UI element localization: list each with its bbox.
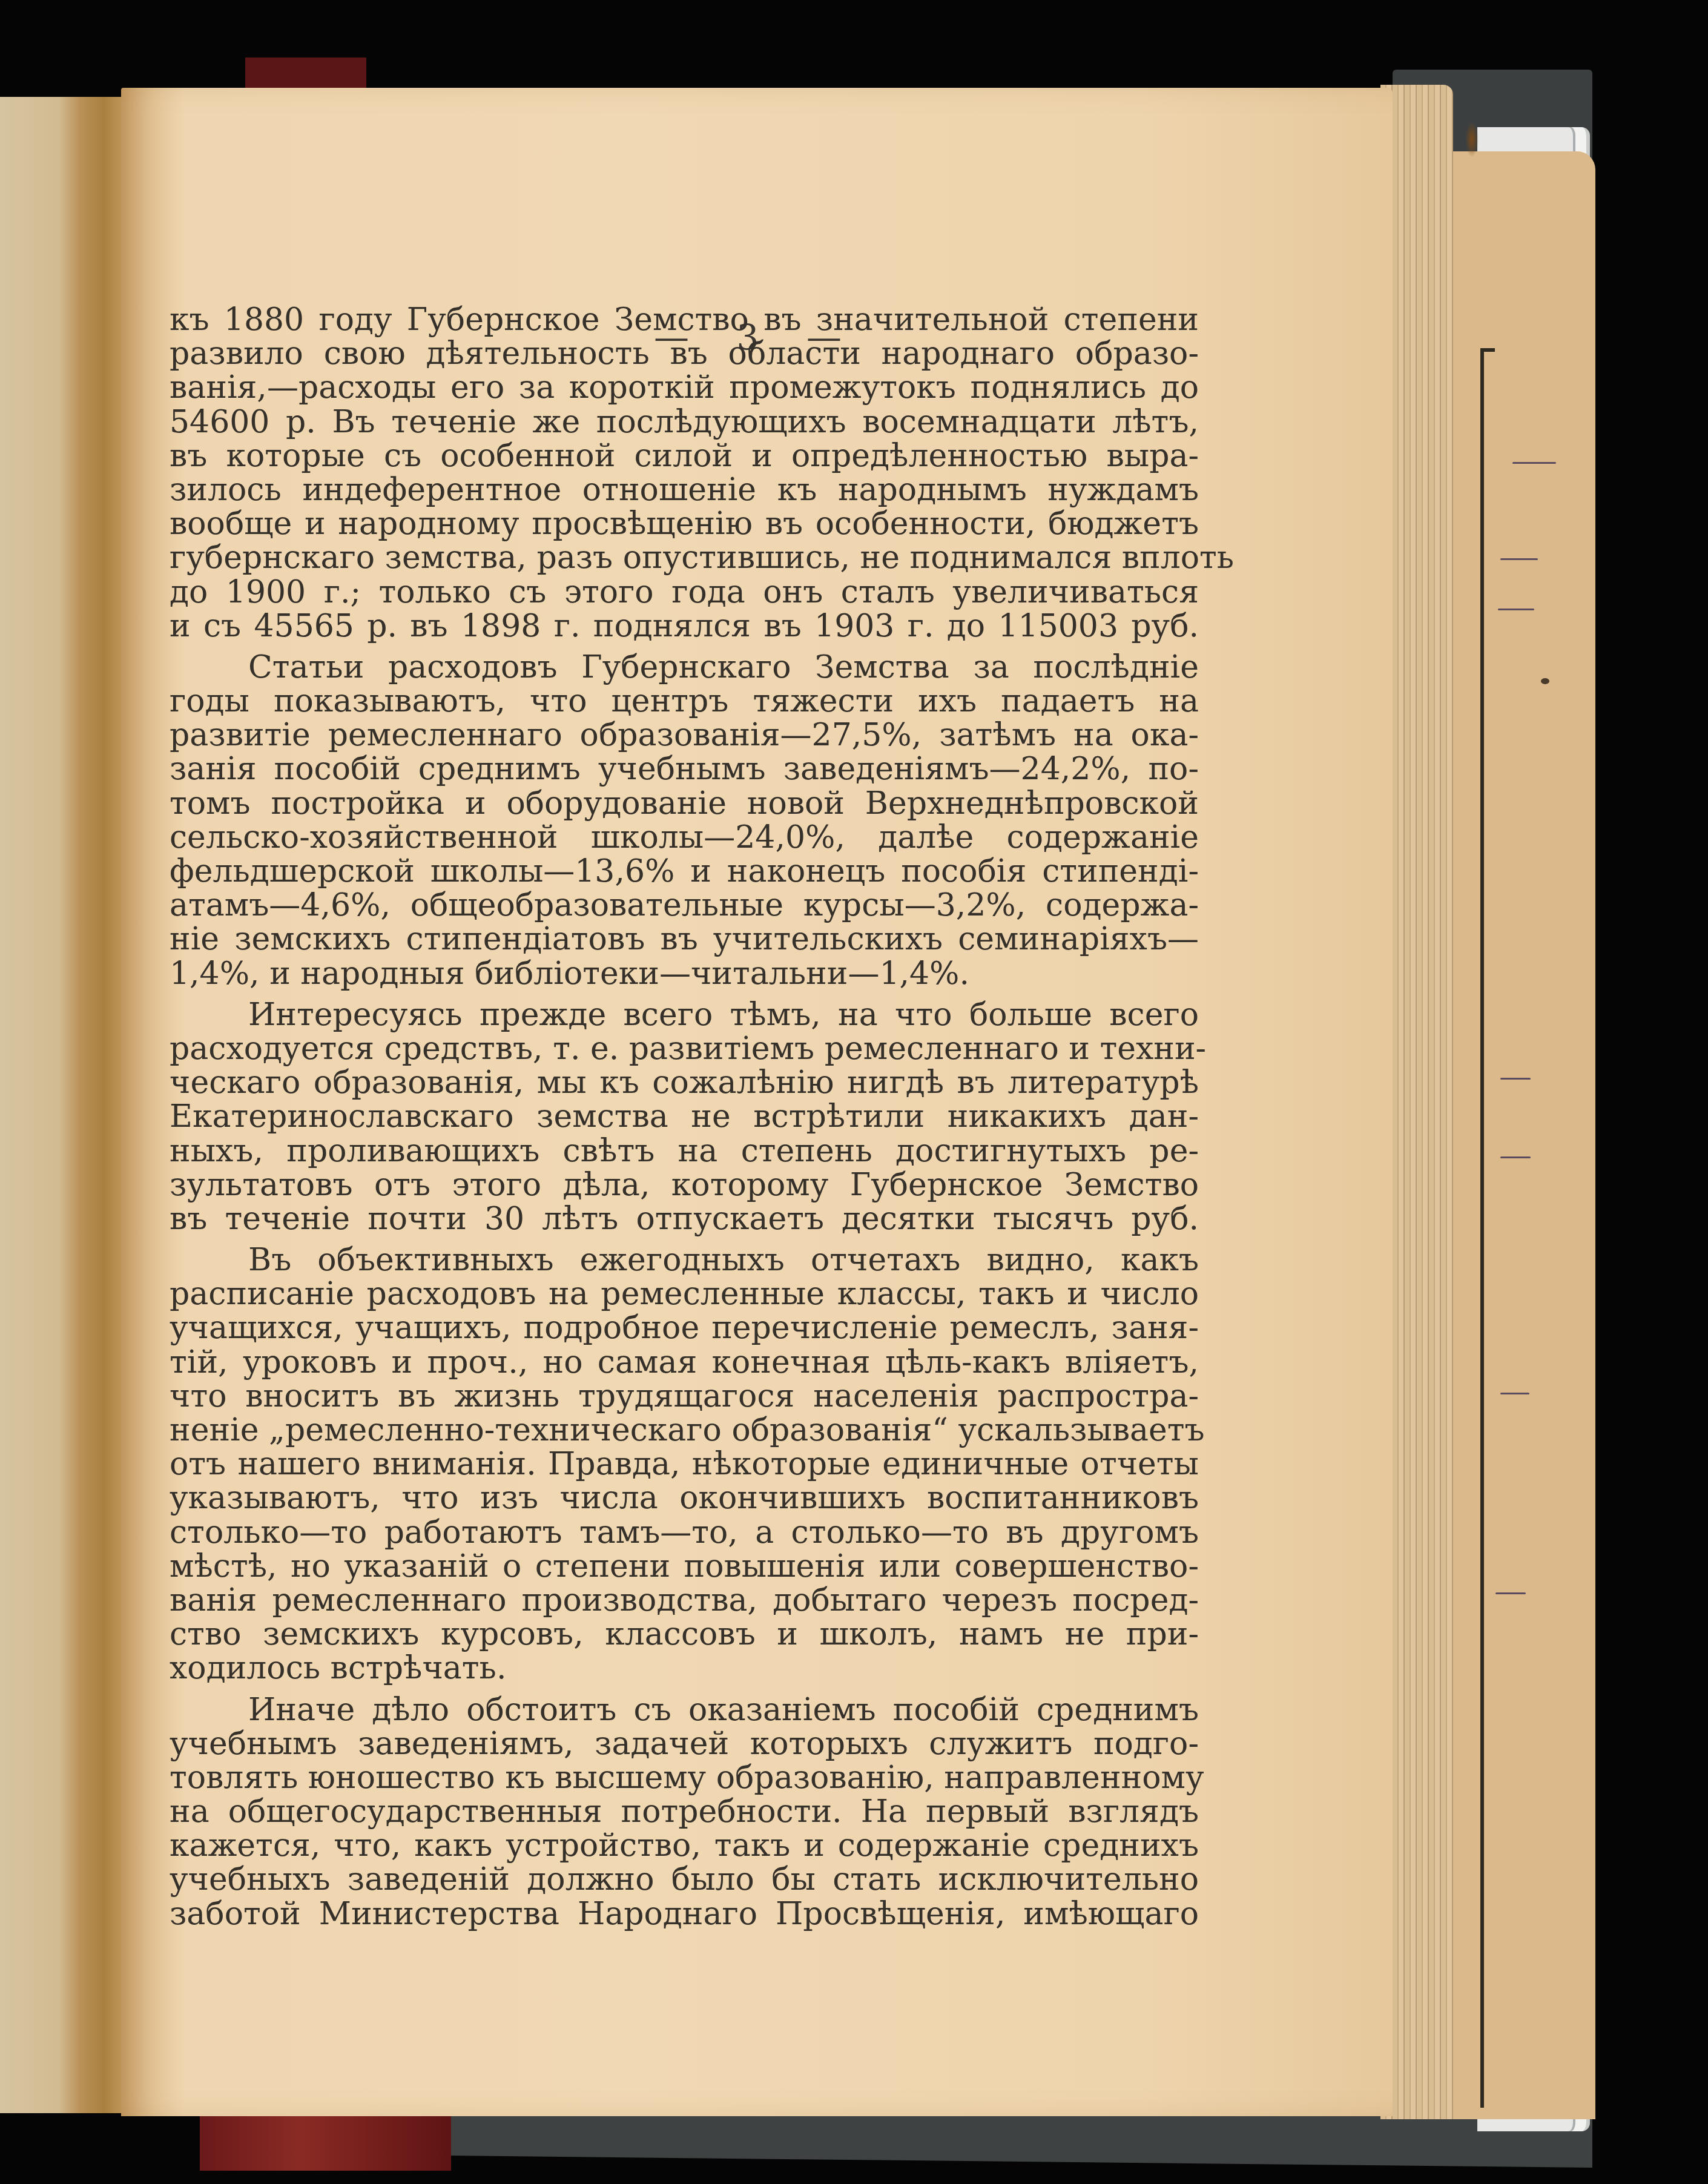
pencil-mark [1512, 462, 1556, 464]
text-line: въ теченіе почти 30 лѣтъ отпускаетъ деся… [170, 1202, 1199, 1236]
text-line: Иначе дѣло обстоитъ съ оказаніемъ пособі… [170, 1693, 1199, 1727]
text-line: учебныхъ заведеній должно было бы стать … [170, 1862, 1199, 1896]
text-line: ніе земскихъ стипендіатовъ въ учительски… [170, 922, 1199, 956]
text-line: указываютъ, что изъ числа окончившихъ во… [170, 1481, 1199, 1515]
pencil-mark [1500, 1156, 1531, 1158]
text-line: 54600 р. Въ теченіе же послѣдующихъ восе… [170, 405, 1199, 439]
text-line: ческаго образованія, мы къ сожалѣнію ниг… [170, 1066, 1199, 1100]
text-line: отъ нашего вниманія. Правда, нѣкоторые е… [170, 1447, 1199, 1481]
text-line: атамъ—4,6%, общеобразовательные курсы—3,… [170, 888, 1199, 922]
text-line: кажется, что, какъ устройство, такъ и со… [170, 1829, 1199, 1862]
text-line: учащихся, учащихъ, подробное перечислені… [170, 1311, 1199, 1345]
text-line: фельдшерской школы—13,6% и наконецъ посо… [170, 854, 1199, 888]
text-line: заботой Министерства Народнаго Просвѣщен… [170, 1897, 1199, 1931]
text-line: сельско-хозяйственной школы—24,0%, далѣе… [170, 820, 1199, 854]
text-line: Въ объективныхъ ежегодныхъ отчетахъ видн… [170, 1243, 1199, 1277]
text-line: ванія ремесленнаго производства, добытаг… [170, 1583, 1199, 1617]
text-line: Статьи расходовъ Губернскаго Земства за … [170, 650, 1199, 684]
paragraph: къ 1880 году Губернское Земство въ значи… [170, 303, 1199, 643]
text-line: зилось индеферентное отношеніе къ народн… [170, 473, 1199, 507]
spine-cloth-bottom [200, 2107, 451, 2171]
text-line: вообще и народному просвѣщенію въ особен… [170, 507, 1199, 541]
paragraph: Иначе дѣло обстоитъ съ оказаніемъ пособі… [170, 1693, 1199, 1931]
text-line: ходилось встрѣчать. [170, 1651, 1199, 1685]
text-line: столько—то работаютъ тамъ—то, а столько—… [170, 1516, 1199, 1549]
text-line: что вноситъ въ жизнь трудящагося населен… [170, 1379, 1199, 1413]
text-line: губернскаго земства, разъ опустившись, н… [170, 541, 1199, 575]
inserted-paper-slip [1450, 151, 1595, 2119]
text-line: до 1900 г.; только съ этого года онъ ста… [170, 575, 1199, 609]
text-line: и съ 45565 р. въ 1898 г. поднялся въ 190… [170, 609, 1199, 643]
text-line: мѣстѣ, но указаній о степени повышенія и… [170, 1549, 1199, 1583]
paragraph: Статьи расходовъ Губернскаго Земства за … [170, 650, 1199, 991]
text-line: томъ постройка и оборудованіе новой Верх… [170, 787, 1199, 820]
text-line: Интересуясь прежде всего тѣмъ, на что бо… [170, 998, 1199, 1032]
ink-spot [1541, 678, 1549, 684]
page-body-text: къ 1880 году Губернское Земство въ значи… [170, 303, 1199, 1931]
text-line: тій, уроковъ и проч., но самая конечная … [170, 1345, 1199, 1379]
pencil-mark [1495, 1592, 1526, 1594]
pencil-mark [1498, 609, 1534, 610]
pencil-mark [1500, 558, 1538, 560]
text-line: зультатовъ отъ этого дѣла, которому Губе… [170, 1168, 1199, 1202]
text-line: къ 1880 году Губернское Земство въ значи… [170, 303, 1199, 337]
text-line: расписаніе расходовъ на ремесленные клас… [170, 1277, 1199, 1311]
facing-left-page [0, 97, 130, 2113]
paragraph: Интересуясь прежде всего тѣмъ, на что бо… [170, 998, 1199, 1236]
text-line: ванія,—расходы его за короткій промежуто… [170, 371, 1199, 404]
text-line: на общегосударственныя потребности. На п… [170, 1795, 1199, 1829]
text-line: 1,4%, и народныя библіотеки—читальни—1,4… [170, 957, 1199, 991]
text-line: Екатеринославскаго земства не встрѣтили … [170, 1100, 1199, 1133]
text-line: учебнымъ заведеніямъ, задачей которыхъ с… [170, 1727, 1199, 1761]
text-line: расходуется средствъ, т. е. развитіемъ р… [170, 1032, 1199, 1066]
text-line: въ которые съ особенной силой и опредѣле… [170, 439, 1199, 473]
text-line: ство земскихъ курсовъ, классовъ и школъ,… [170, 1617, 1199, 1651]
text-line: развило свою дѣятельность въ области нар… [170, 337, 1199, 371]
text-line: годы показываютъ, что центръ тяжести ихъ… [170, 684, 1199, 718]
paragraph: Въ объективныхъ ежегодныхъ отчетахъ видн… [170, 1243, 1199, 1685]
stain-mark [1465, 121, 1479, 157]
ink-bracket-mark [1480, 348, 1495, 2108]
text-line: занія пособій среднимъ учебнымъ заведені… [170, 752, 1199, 786]
pencil-mark [1500, 1078, 1531, 1080]
text-line: неніе „ремесленно-техническаго образован… [170, 1413, 1199, 1447]
text-line: товлять юношество къ высшему образованію… [170, 1761, 1199, 1795]
pencil-mark [1500, 1393, 1529, 1394]
text-line: развитіе ремесленнаго образованія—27,5%,… [170, 718, 1199, 752]
text-line: ныхъ, проливающихъ свѣтъ на степень дост… [170, 1134, 1199, 1168]
